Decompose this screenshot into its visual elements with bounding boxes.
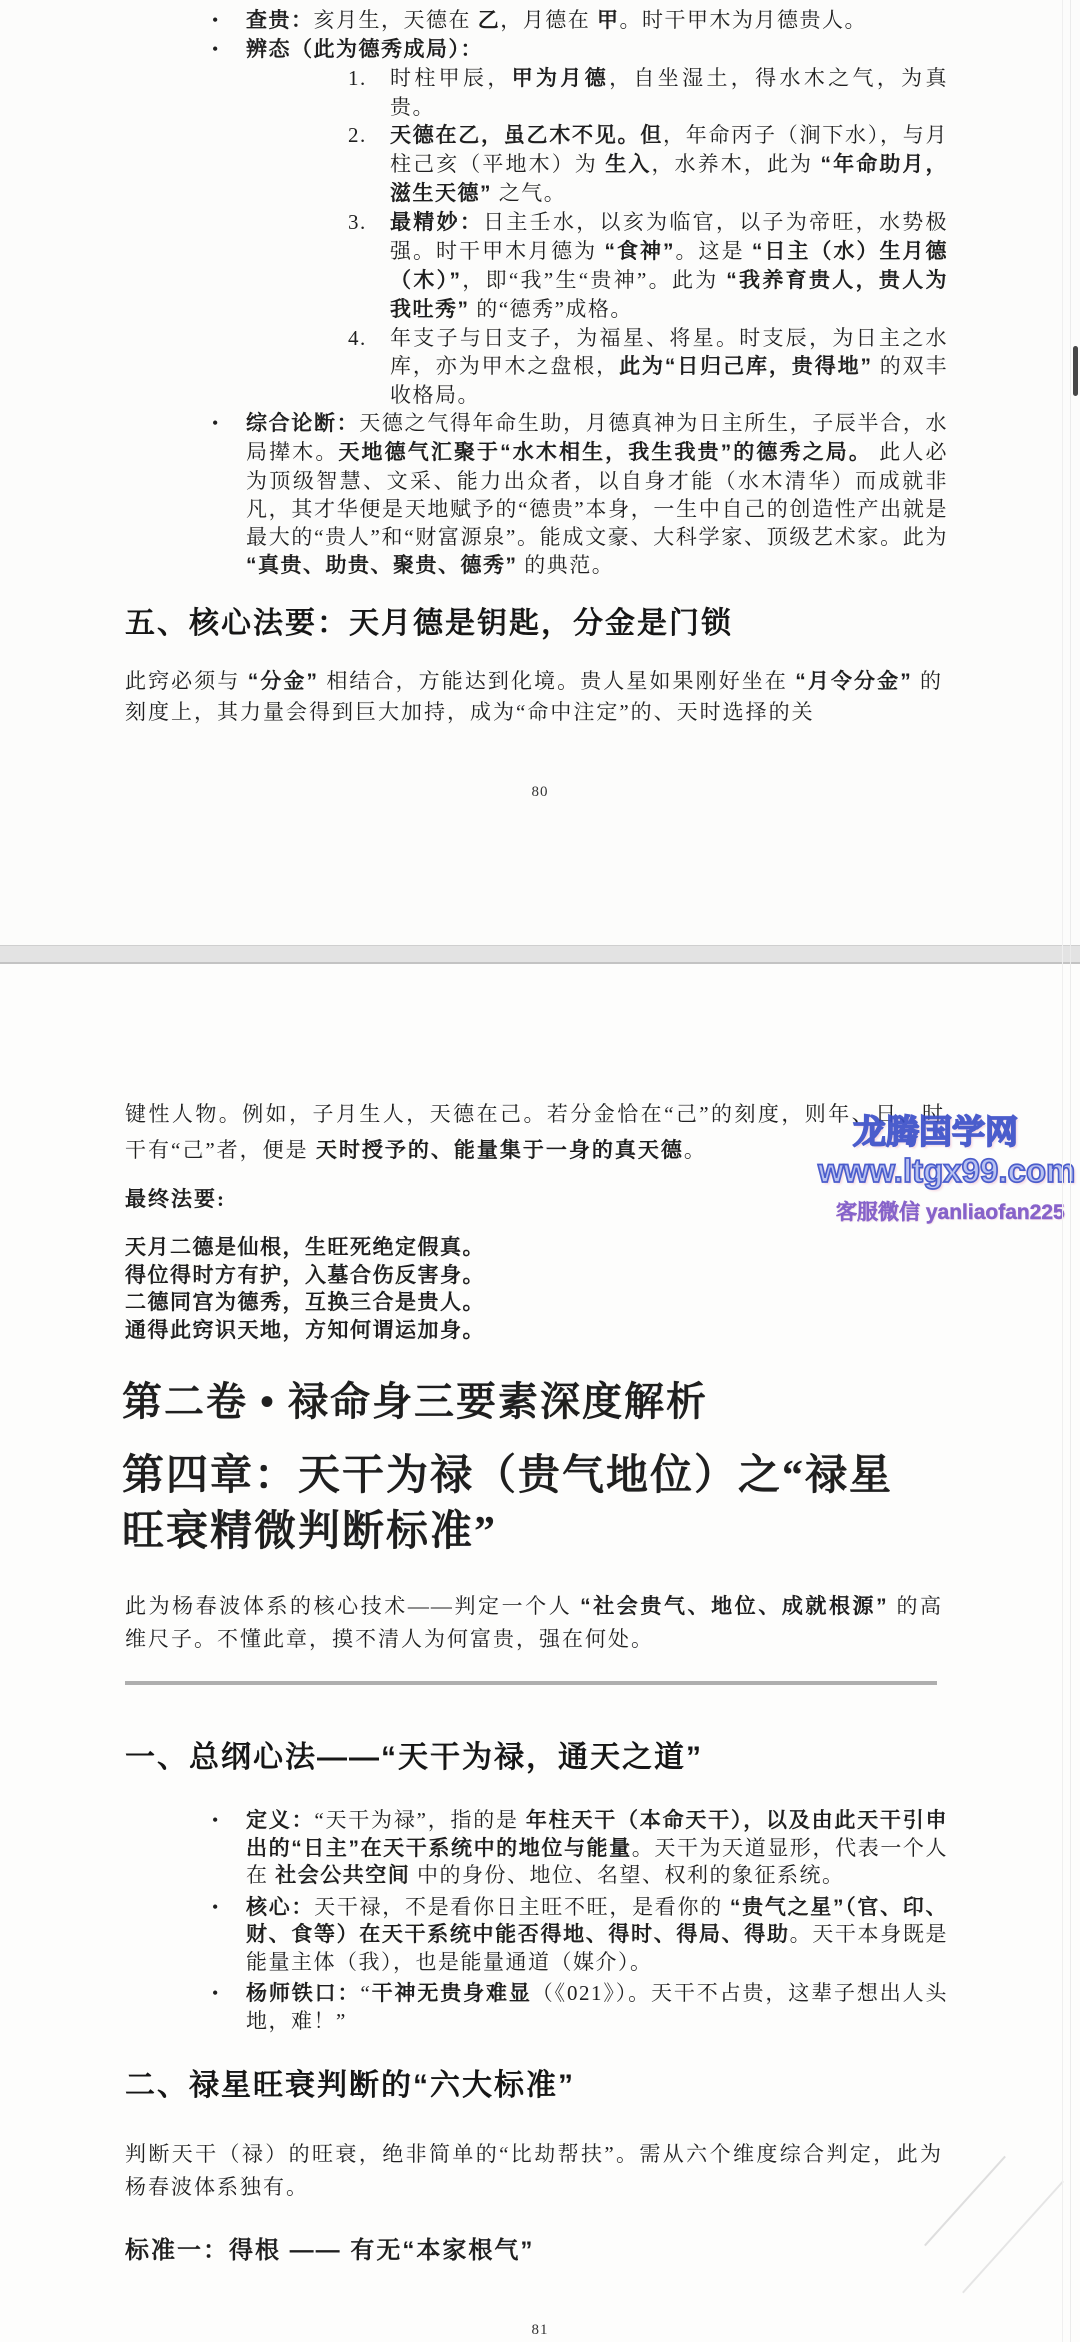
numbered-item: 4. 年支子与日支子，为福星、将星。时支辰，为日主之水库，亦为甲木之盘根，此为“…: [348, 324, 948, 409]
page-80: • 查贵：亥月生，天德在 乙，月德在 甲。时干甲木为月德贵人。 • 辨态（此为德…: [0, 0, 1080, 945]
numbered-item: 1. 时柱甲辰，甲为月德，自坐湿土，得水木之气，为真贵。: [348, 64, 948, 121]
bullet-list-page81: • 定义：“天干为禄”，指的是 年柱天干（本命天干），以及由此天干引申出的“日主…: [212, 1807, 948, 2039]
document-viewer: • 查贵：亥月生，天德在 乙，月德在 甲。时干甲木为月德贵人。 • 辨态（此为德…: [0, 0, 1080, 2342]
bullet-zonghe-text: 综合论断：天德之气得年命生助，月德真神为日主所生，子辰半合，水局撵木。天地德气汇…: [246, 409, 948, 580]
numbered-list: 1. 时柱甲辰，甲为月德，自坐湿土，得水木之气，为真贵。 2. 天德在乙，虽乙木…: [348, 64, 948, 409]
paragraph-judge: 判断天干（禄）的旺衰，绝非简单的“比劫帮扶”。需从六个维度综合判定，此为杨春波体…: [125, 2138, 943, 2204]
bullet-yangshi-text: 杨师铁口：“干神无贵身难显（《021》）。天干不占贵，这辈子想出人头地，难！”: [246, 1980, 948, 2035]
page-edge-line: [1062, 0, 1063, 2342]
watermark-site-name: 龙腾国学网: [853, 1106, 1018, 1153]
list-item: • 查贵：亥月生，天德在 乙，月德在 甲。时干甲木为月德贵人。: [212, 6, 948, 35]
list-item: • 综合论断：天德之气得年命生助，月德真神为日主所生，子辰半合，水局撵木。天地德…: [212, 409, 948, 580]
paragraph-chapter-intro: 此为杨春波体系的核心技术——判定一个人 “社会贵气、地位、成就根源” 的高维尺子…: [125, 1590, 943, 1656]
bullet-icon: •: [212, 6, 246, 35]
scan-artifact: [962, 2181, 1064, 2294]
numbered-item-text: 最精妙：日主壬水，以亥为临官，以子为帝旺，水势极强。时干甲木月德为 “食神”。这…: [390, 208, 948, 324]
bullet-chagui-text: 查贵：亥月生，天德在 乙，月德在 甲。时干甲木为月德贵人。: [246, 6, 948, 35]
bullet-icon: •: [212, 35, 246, 64]
poem-line: 二德同宫为德秀，互换三合是贵人。: [125, 1289, 485, 1317]
numbered-item-text: 时柱甲辰，甲为月德，自坐湿土，得水木之气，为真贵。: [390, 64, 948, 121]
section-divider: [125, 1681, 937, 1685]
section-heading-five: 五、核心法要：天月德是钥匙，分金是门锁: [125, 598, 733, 642]
numbered-item: 3. 最精妙：日主壬水，以亥为临官，以子为帝旺，水势极强。时干甲木月德为 “食神…: [348, 208, 948, 324]
list-item: • 定义：“天干为禄”，指的是 年柱天干（本命天干），以及由此天干引申出的“日主…: [212, 1807, 948, 1890]
paragraph-fenjin: 此窍必须与 “分金” 相结合，方能达到化境。贵人星如果刚好坐在 “月令分金” 的…: [125, 666, 943, 727]
list-number: 3.: [348, 208, 390, 324]
page-number-80: 80: [0, 784, 1080, 801]
numbered-item-text: 天德在乙，虽乙木不见。但，年命丙子（涧下水），与月柱己亥（平地木）为 生入，水养…: [390, 121, 948, 208]
bullet-biantai-text: 辨态（此为德秀成局）：: [246, 35, 948, 64]
numbered-item-text: 年支子与日支子，为福星、将星。时支辰，为日主之水库，亦为甲木之盘根，此为“日归己…: [390, 324, 948, 409]
bullet-dingyi-text: 定义：“天干为禄”，指的是 年柱天干（本命天干），以及由此天干引申出的“日主”在…: [246, 1807, 948, 1890]
final-fayao-label: 最终法要:: [125, 1183, 226, 1213]
page-gap: [0, 945, 1080, 964]
bullet-hexin-text: 核心：天干禄，不是看你日主旺不旺，是看你的 “贵气之星”（官、印、财、食等）在天…: [246, 1894, 948, 1977]
page-number-81: 81: [0, 2322, 1080, 2339]
poem-line: 天月二德是仙根，生旺死绝定假真。: [125, 1234, 485, 1262]
poem-block: 天月二德是仙根，生旺死绝定假真。 得位得时方有护，入墓合伤反害身。 二德同宫为德…: [125, 1234, 485, 1344]
numbered-item: 2. 天德在乙，虽乙木不见。但，年命丙子（涧下水），与月柱己亥（平地木）为 生入…: [348, 121, 948, 208]
list-number: 2.: [348, 121, 390, 208]
volume-heading: 第二卷 • 禄命身三要素深度解析: [122, 1370, 708, 1427]
section-heading-two: 二、禄星旺衰判断的“六大标准”: [125, 2060, 575, 2104]
bullet-list-page80: • 查贵：亥月生，天德在 乙，月德在 甲。时干甲木为月德贵人。 • 辨态（此为德…: [212, 6, 948, 580]
bullet-icon: •: [212, 409, 246, 580]
list-item: • 杨师铁口：“干神无贵身难显（《021》）。天干不占贵，这辈子想出人头地，难！…: [212, 1980, 948, 2035]
bullet-icon: •: [212, 1980, 246, 2035]
list-number: 4.: [348, 324, 390, 409]
list-number: 1.: [348, 64, 390, 121]
section-heading-one: 一、总纲心法——“天干为禄，通天之道”: [125, 1732, 703, 1776]
standard-one-heading: 标准一：得根 —— 有无“本家根气”: [125, 2230, 534, 2265]
scrollbar-thumb[interactable]: [1073, 346, 1078, 396]
bullet-icon: •: [212, 1807, 246, 1890]
list-item: • 辨态（此为德秀成局）：: [212, 35, 948, 64]
bullet-icon: •: [212, 1894, 246, 1977]
watermark-url: www.ltgx99.com: [818, 1152, 1075, 1190]
poem-line: 通得此窍识天地，方知何谓运加身。: [125, 1317, 485, 1345]
chapter-heading: 第四章：天干为禄（贵气地位）之“禄星旺衰精微判断标准”: [122, 1448, 902, 1560]
poem-line: 得位得时方有护，入墓合伤反害身。: [125, 1262, 485, 1290]
page-81: 键性人物。例如，子月生人，天德在己。若分金恰在“己”的刻度，则年、日、时干有“己…: [0, 964, 1080, 2342]
watermark-contact: 客服微信 yanliaofan225: [836, 1196, 1065, 1226]
list-item: • 核心：天干禄，不是看你日主旺不旺，是看你的 “贵气之星”（官、印、财、食等）…: [212, 1894, 948, 1977]
